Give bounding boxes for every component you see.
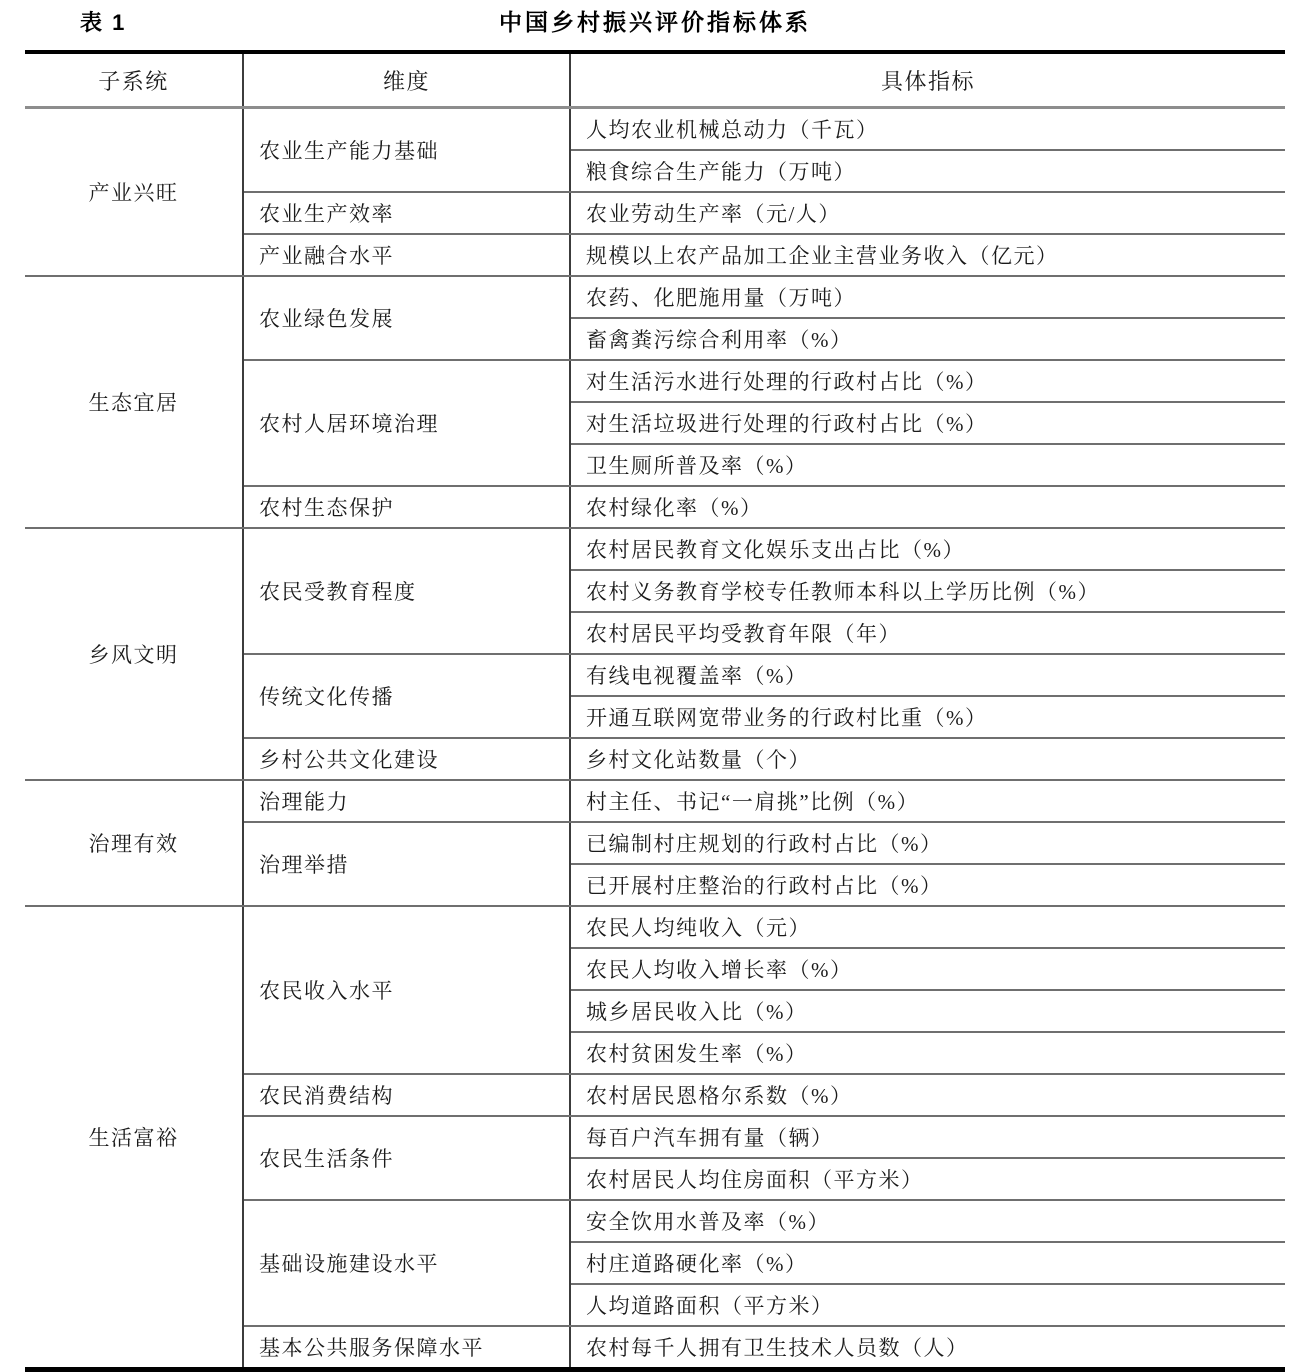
indicator-cell: 农药、化肥施用量（万吨） bbox=[570, 276, 1285, 318]
indicator-cell: 农民人均纯收入（元） bbox=[570, 906, 1285, 948]
indicator-cell: 乡村文化站数量（个） bbox=[570, 738, 1285, 780]
column-header-indicator: 具体指标 bbox=[570, 52, 1285, 108]
indicator-cell: 每百户汽车拥有量（辆） bbox=[570, 1116, 1285, 1158]
indicator-cell: 农村贫困发生率（%） bbox=[570, 1032, 1285, 1074]
subsystem-cell: 治理有效 bbox=[25, 780, 243, 906]
indicator-cell: 有线电视覆盖率（%） bbox=[570, 654, 1285, 696]
dimension-cell: 农民消费结构 bbox=[243, 1074, 570, 1116]
table-row: 治理有效 治理能力 村主任、书记“一肩挑”比例（%） bbox=[25, 780, 1285, 822]
indicator-cell: 农村绿化率（%） bbox=[570, 486, 1285, 528]
indicator-cell: 农村居民教育文化娱乐支出占比（%） bbox=[570, 528, 1285, 570]
indicator-cell: 安全饮用水普及率（%） bbox=[570, 1200, 1285, 1242]
dimension-cell: 乡村公共文化建设 bbox=[243, 738, 570, 780]
dimension-cell: 农民收入水平 bbox=[243, 906, 570, 1074]
indicator-cell: 农村义务教育学校专任教师本科以上学历比例（%） bbox=[570, 570, 1285, 612]
indicator-cell: 对生活污水进行处理的行政村占比（%） bbox=[570, 360, 1285, 402]
dimension-cell: 农民受教育程度 bbox=[243, 528, 570, 654]
indicator-cell: 畜禽粪污综合利用率（%） bbox=[570, 318, 1285, 360]
indicator-cell: 已开展村庄整治的行政村占比（%） bbox=[570, 864, 1285, 906]
subsystem-cell: 生活富裕 bbox=[25, 906, 243, 1370]
subsystem-cell: 产业兴旺 bbox=[25, 108, 243, 277]
indicator-cell: 规模以上农产品加工企业主营业务收入（亿元） bbox=[570, 234, 1285, 276]
table-row: 生活富裕 农民收入水平 农民人均纯收入（元） bbox=[25, 906, 1285, 948]
dimension-cell: 农村生态保护 bbox=[243, 486, 570, 528]
dimension-cell: 产业融合水平 bbox=[243, 234, 570, 276]
table-row: 产业兴旺 农业生产能力基础 人均农业机械总动力（千瓦） bbox=[25, 108, 1285, 151]
indicator-cell: 已编制村庄规划的行政村占比（%） bbox=[570, 822, 1285, 864]
indicator-cell: 农村居民人均住房面积（平方米） bbox=[570, 1158, 1285, 1200]
subsystem-cell: 乡风文明 bbox=[25, 528, 243, 780]
dimension-cell: 农业生产能力基础 bbox=[243, 108, 570, 193]
table-row: 乡风文明 农民受教育程度 农村居民教育文化娱乐支出占比（%） bbox=[25, 528, 1285, 570]
subsystem-cell: 生态宜居 bbox=[25, 276, 243, 528]
indicator-table: 子系统 维度 具体指标 产业兴旺 农业生产能力基础 人均农业机械总动力（千瓦） … bbox=[25, 50, 1285, 1372]
indicator-cell: 粮食综合生产能力（万吨） bbox=[570, 150, 1285, 192]
dimension-cell: 农业绿色发展 bbox=[243, 276, 570, 360]
table-row: 生态宜居 农业绿色发展 农药、化肥施用量（万吨） bbox=[25, 276, 1285, 318]
table-title: 中国乡村振兴评价指标体系 bbox=[25, 4, 1285, 37]
indicator-cell: 人均农业机械总动力（千瓦） bbox=[570, 108, 1285, 151]
indicator-cell: 农村居民恩格尔系数（%） bbox=[570, 1074, 1285, 1116]
indicator-cell: 卫生厕所普及率（%） bbox=[570, 444, 1285, 486]
indicator-cell: 农民人均收入增长率（%） bbox=[570, 948, 1285, 990]
column-header-subsystem: 子系统 bbox=[25, 52, 243, 108]
indicator-cell: 城乡居民收入比（%） bbox=[570, 990, 1285, 1032]
dimension-cell: 治理能力 bbox=[243, 780, 570, 822]
column-header-dimension: 维度 bbox=[243, 52, 570, 108]
dimension-cell: 传统文化传播 bbox=[243, 654, 570, 738]
table-caption: 表 1 中国乡村振兴评价指标体系 bbox=[0, 0, 1302, 50]
indicator-cell: 人均道路面积（平方米） bbox=[570, 1284, 1285, 1326]
indicator-cell: 开通互联网宽带业务的行政村比重（%） bbox=[570, 696, 1285, 738]
dimension-cell: 农民生活条件 bbox=[243, 1116, 570, 1200]
dimension-cell: 基础设施建设水平 bbox=[243, 1200, 570, 1326]
indicator-cell: 农业劳动生产率（元/人） bbox=[570, 192, 1285, 234]
indicator-cell: 村庄道路硬化率（%） bbox=[570, 1242, 1285, 1284]
indicator-cell: 农村每千人拥有卫生技术人员数（人） bbox=[570, 1326, 1285, 1370]
header-row: 子系统 维度 具体指标 bbox=[25, 52, 1285, 108]
page: 表 1 中国乡村振兴评价指标体系 子系统 维度 具体指标 产业兴旺 农业生产能力… bbox=[0, 0, 1302, 1341]
dimension-cell: 治理举措 bbox=[243, 822, 570, 906]
dimension-cell: 农村人居环境治理 bbox=[243, 360, 570, 486]
indicator-cell: 农村居民平均受教育年限（年） bbox=[570, 612, 1285, 654]
dimension-cell: 基本公共服务保障水平 bbox=[243, 1326, 570, 1370]
dimension-cell: 农业生产效率 bbox=[243, 192, 570, 234]
indicator-cell: 对生活垃圾进行处理的行政村占比（%） bbox=[570, 402, 1285, 444]
indicator-cell: 村主任、书记“一肩挑”比例（%） bbox=[570, 780, 1285, 822]
